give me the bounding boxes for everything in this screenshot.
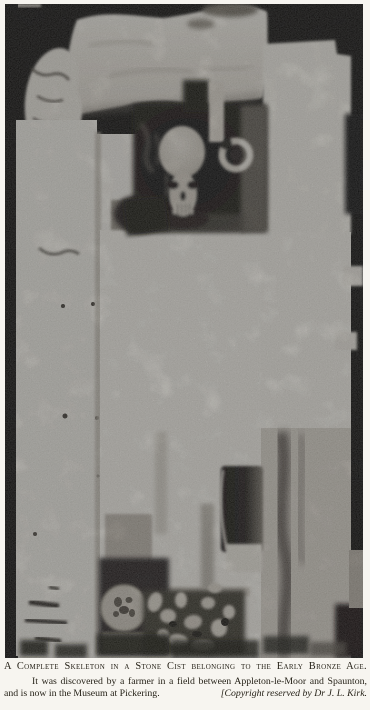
grain-highlight-overlay: [5, 4, 363, 658]
plate-caption: A Complete Skeleton in a Stone Cist belo…: [4, 661, 367, 701]
book-page: A Complete Skeleton in a Stone Cist belo…: [0, 0, 370, 710]
caption-body: It was discovered by a farmer in a field…: [4, 676, 367, 701]
caption-copyright: [Copyright reserved by Dr J. L. Kirk.: [221, 688, 367, 700]
caption-title: A Complete Skeleton in a Stone Cist belo…: [4, 661, 367, 673]
caption-body-line1: It was discovered by a farmer in a field…: [4, 676, 367, 688]
photo-canvas: [5, 4, 363, 658]
plate-photograph: [5, 4, 363, 658]
caption-body-line2: and is now in the Museum at Pickering. […: [4, 688, 367, 700]
caption-location-text: and is now in the Museum at Pickering.: [4, 688, 160, 700]
